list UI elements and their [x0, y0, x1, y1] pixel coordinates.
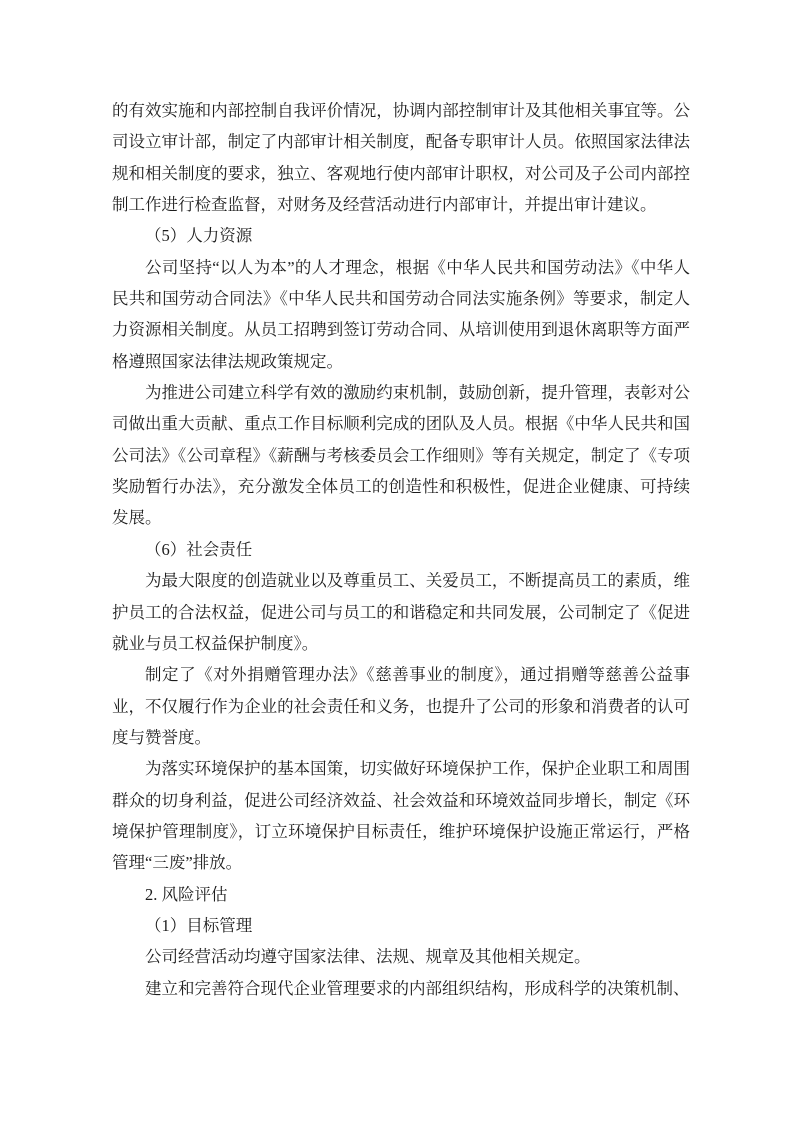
- paragraph: （5）人力资源: [112, 220, 690, 251]
- document-body: 的有效实施和内部控制自我评价情况，协调内部控制审计及其他相关事宜等。公司设立审计…: [112, 95, 690, 1004]
- paragraph: 建立和完善符合现代企业管理要求的内部组织结构，形成科学的决策机制、: [112, 973, 690, 1004]
- document-page: 的有效实施和内部控制自我评价情况，协调内部控制审计及其他相关事宜等。公司设立审计…: [0, 0, 793, 1122]
- paragraph: （6）社会责任: [112, 534, 690, 565]
- paragraph: 的有效实施和内部控制自我评价情况，协调内部控制审计及其他相关事宜等。公司设立审计…: [112, 95, 690, 220]
- paragraph: （1）目标管理: [112, 910, 690, 941]
- paragraph: 公司经营活动均遵守国家法律、法规、规章及其他相关规定。: [112, 941, 690, 972]
- paragraph: 为最大限度的创造就业以及尊重员工、关爱员工，不断提高员工的素质，维护员工的合法权…: [112, 565, 690, 659]
- paragraph: 为推进公司建立科学有效的激励约束机制，鼓励创新，提升管理，表彰对公司做出重大贡献…: [112, 377, 690, 534]
- paragraph: 公司坚持“以人为本”的人才理念，根据《中华人民共和国劳动法》《中华人民共和国劳动…: [112, 252, 690, 377]
- paragraph: 2. 风险评估: [112, 879, 690, 910]
- paragraph: 为落实环境保护的基本国策，切实做好环境保护工作，保护企业职工和周围群众的切身利益…: [112, 753, 690, 878]
- paragraph: 制定了《对外捐赠管理办法》《慈善事业的制度》，通过捐赠等慈善公益事业，不仅履行作…: [112, 659, 690, 753]
